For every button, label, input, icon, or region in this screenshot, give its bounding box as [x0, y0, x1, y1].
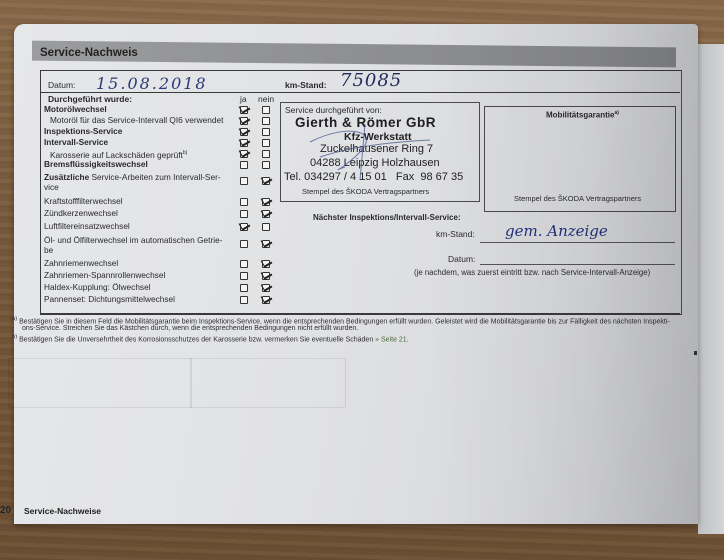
checkbox-ja[interactable] — [240, 198, 248, 206]
service-item-text: Kraftstofffilterwechsel — [44, 196, 123, 206]
next-service-note: (je nachdem, was zuerst eintritt bzw. na… — [414, 268, 650, 277]
checkbox-ja[interactable] — [240, 296, 248, 304]
service-item-label: Inspektions-Service — [44, 126, 122, 136]
next-date-line — [480, 264, 675, 265]
service-item-bold-prefix: Zusätzliche — [44, 172, 89, 182]
service-item-text: Haldex-Kupplung: Ölwechsel — [44, 282, 151, 292]
service-item-label: Luftfiltereinsatzwechsel — [44, 221, 130, 231]
service-item-label: Intervall-Service — [44, 137, 108, 147]
checkbox-ja[interactable] — [240, 260, 248, 268]
footnote-mark: a) — [614, 110, 618, 116]
page-marker — [694, 351, 697, 355]
checkbox-ja[interactable] — [240, 210, 248, 218]
service-item-text: Bremsflüssigkeitswechsel — [44, 159, 148, 169]
checkbox-ja[interactable] — [240, 150, 248, 158]
next-service-date-label: Datum: — [448, 254, 475, 264]
service-item-label: Zusätzliche Service-Arbeiten zum Interva… — [44, 172, 221, 192]
service-item-text: Inspektions-Service — [44, 126, 122, 136]
service-item-text: Zahnriemenwechsel — [44, 258, 118, 268]
service-item-text: Zündkerzenwechsel — [44, 208, 118, 218]
checkbox-nein[interactable] — [262, 161, 270, 169]
checkbox-nein[interactable] — [262, 272, 270, 280]
service-item-text: Pannenset: Dichtungsmittelwechsel — [44, 294, 175, 304]
service-item-text: Luftfiltereinsatzwechsel — [44, 221, 130, 231]
km-stand-value[interactable]: 75085 — [340, 70, 402, 91]
service-item-text: Öl- und Ölfilterwechsel im automatischen… — [44, 235, 222, 245]
performed-label: Durchgeführt wurde: — [48, 94, 132, 104]
checkbox-nein[interactable] — [262, 240, 270, 248]
footer-title: Service-Nachweise — [24, 506, 101, 516]
datum-value[interactable]: 15.08.2018 — [96, 74, 208, 93]
checkbox-ja[interactable] — [240, 240, 248, 248]
next-service-label: Nächster Inspektions/Intervall-Service: — [313, 213, 461, 222]
checkbox-nein[interactable] — [262, 177, 270, 185]
service-item-text: Intervall-Service — [44, 137, 108, 147]
service-item-text: Zahnriemen-Spannrollenwechsel — [44, 270, 165, 280]
service-item-text: Service-Arbeiten zum Intervall-Ser- — [92, 172, 221, 182]
checkbox-ja[interactable] — [240, 272, 248, 280]
divider — [40, 92, 680, 93]
next-service-km-label: km-Stand: — [436, 229, 475, 239]
service-item-label: Motorölwechsel — [44, 104, 107, 114]
signature-scribble-icon — [290, 112, 460, 182]
service-item-text-continued: be — [44, 245, 53, 255]
footnote-mark: b) — [183, 150, 187, 156]
form-bottom-divider — [40, 313, 680, 314]
footnote-b-mark: b) — [12, 334, 17, 340]
next-km-line — [480, 242, 675, 243]
checkbox-nein[interactable] — [262, 198, 270, 206]
checkbox-ja[interactable] — [240, 284, 248, 292]
service-item-label: Zündkerzenwechsel — [44, 208, 118, 218]
footnote-a-mark: a) — [12, 316, 17, 322]
section-title: Service-Nachweis — [40, 47, 138, 59]
service-item-label: Zahnriemen-Spannrollenwechsel — [44, 270, 165, 280]
checkbox-ja[interactable] — [240, 139, 248, 147]
checkbox-nein[interactable] — [262, 150, 270, 158]
checkbox-nein[interactable] — [262, 296, 270, 304]
checkbox-nein[interactable] — [262, 284, 270, 292]
next-page-edge — [698, 44, 724, 534]
checkbox-ja[interactable] — [240, 117, 248, 125]
service-item-label: Öl- und Ölfilterwechsel im automatischen… — [44, 235, 222, 255]
service-item-text-continued: vice — [44, 182, 59, 192]
service-item-label: Zahnriemenwechsel — [44, 258, 118, 268]
checkbox-nein[interactable] — [262, 128, 270, 136]
service-item-label: Karosserie auf Lackschäden geprüftb) — [50, 148, 187, 160]
checkbox-ja[interactable] — [240, 177, 248, 185]
checkbox-nein[interactable] — [262, 117, 270, 125]
checkbox-nein[interactable] — [262, 260, 270, 268]
mobility-guarantee-label: Mobilitätsgarantiea) — [546, 110, 619, 120]
checkbox-nein[interactable] — [262, 106, 270, 114]
service-by-caption: Stempel des ŠKODA Vertragspartners — [302, 187, 429, 196]
service-item-label: Bremsflüssigkeitswechsel — [44, 159, 148, 169]
datum-label: Datum: — [48, 80, 75, 90]
checkbox-nein[interactable] — [262, 210, 270, 218]
km-stand-label: km-Stand: — [285, 80, 327, 90]
mobility-guarantee-text: Mobilitätsgarantie — [546, 111, 614, 120]
footnote-b: b) Bestätigen Sie die Unversehrtheit des… — [12, 333, 409, 344]
service-item-label: Pannenset: Dichtungsmittelwechsel — [44, 294, 175, 304]
footnote-b-text: Bestätigen Sie die Unversehrtheit des Ko… — [19, 336, 373, 343]
page-reference-link[interactable]: » Seite 21. — [375, 336, 408, 343]
bleed-through-divider — [190, 358, 192, 408]
next-service-km-value[interactable]: gem. Anzeige — [505, 222, 608, 240]
service-item-text: Motoröl für das Service-Intervall QI6 ve… — [50, 115, 223, 125]
service-item-label: Haldex-Kupplung: Ölwechsel — [44, 282, 151, 292]
checkbox-nein[interactable] — [262, 223, 270, 231]
checkbox-ja[interactable] — [240, 161, 248, 169]
service-item-text: Motorölwechsel — [44, 104, 107, 114]
mobility-guarantee-caption: Stempel des ŠKODA Vertragspartners — [514, 194, 641, 203]
bleed-through-box — [8, 358, 346, 408]
checkbox-ja[interactable] — [240, 106, 248, 114]
column-no-label: nein — [258, 94, 274, 104]
checkbox-ja[interactable] — [240, 223, 248, 231]
page-number: 20 — [0, 505, 11, 516]
service-item-label: Motoröl für das Service-Intervall QI6 ve… — [50, 115, 223, 125]
footnote-a-cont: ons-Service. Streichen Sie das Kästchen … — [22, 324, 358, 333]
checkbox-nein[interactable] — [262, 139, 270, 147]
service-item-label: Kraftstofffilterwechsel — [44, 196, 123, 206]
checkbox-ja[interactable] — [240, 128, 248, 136]
